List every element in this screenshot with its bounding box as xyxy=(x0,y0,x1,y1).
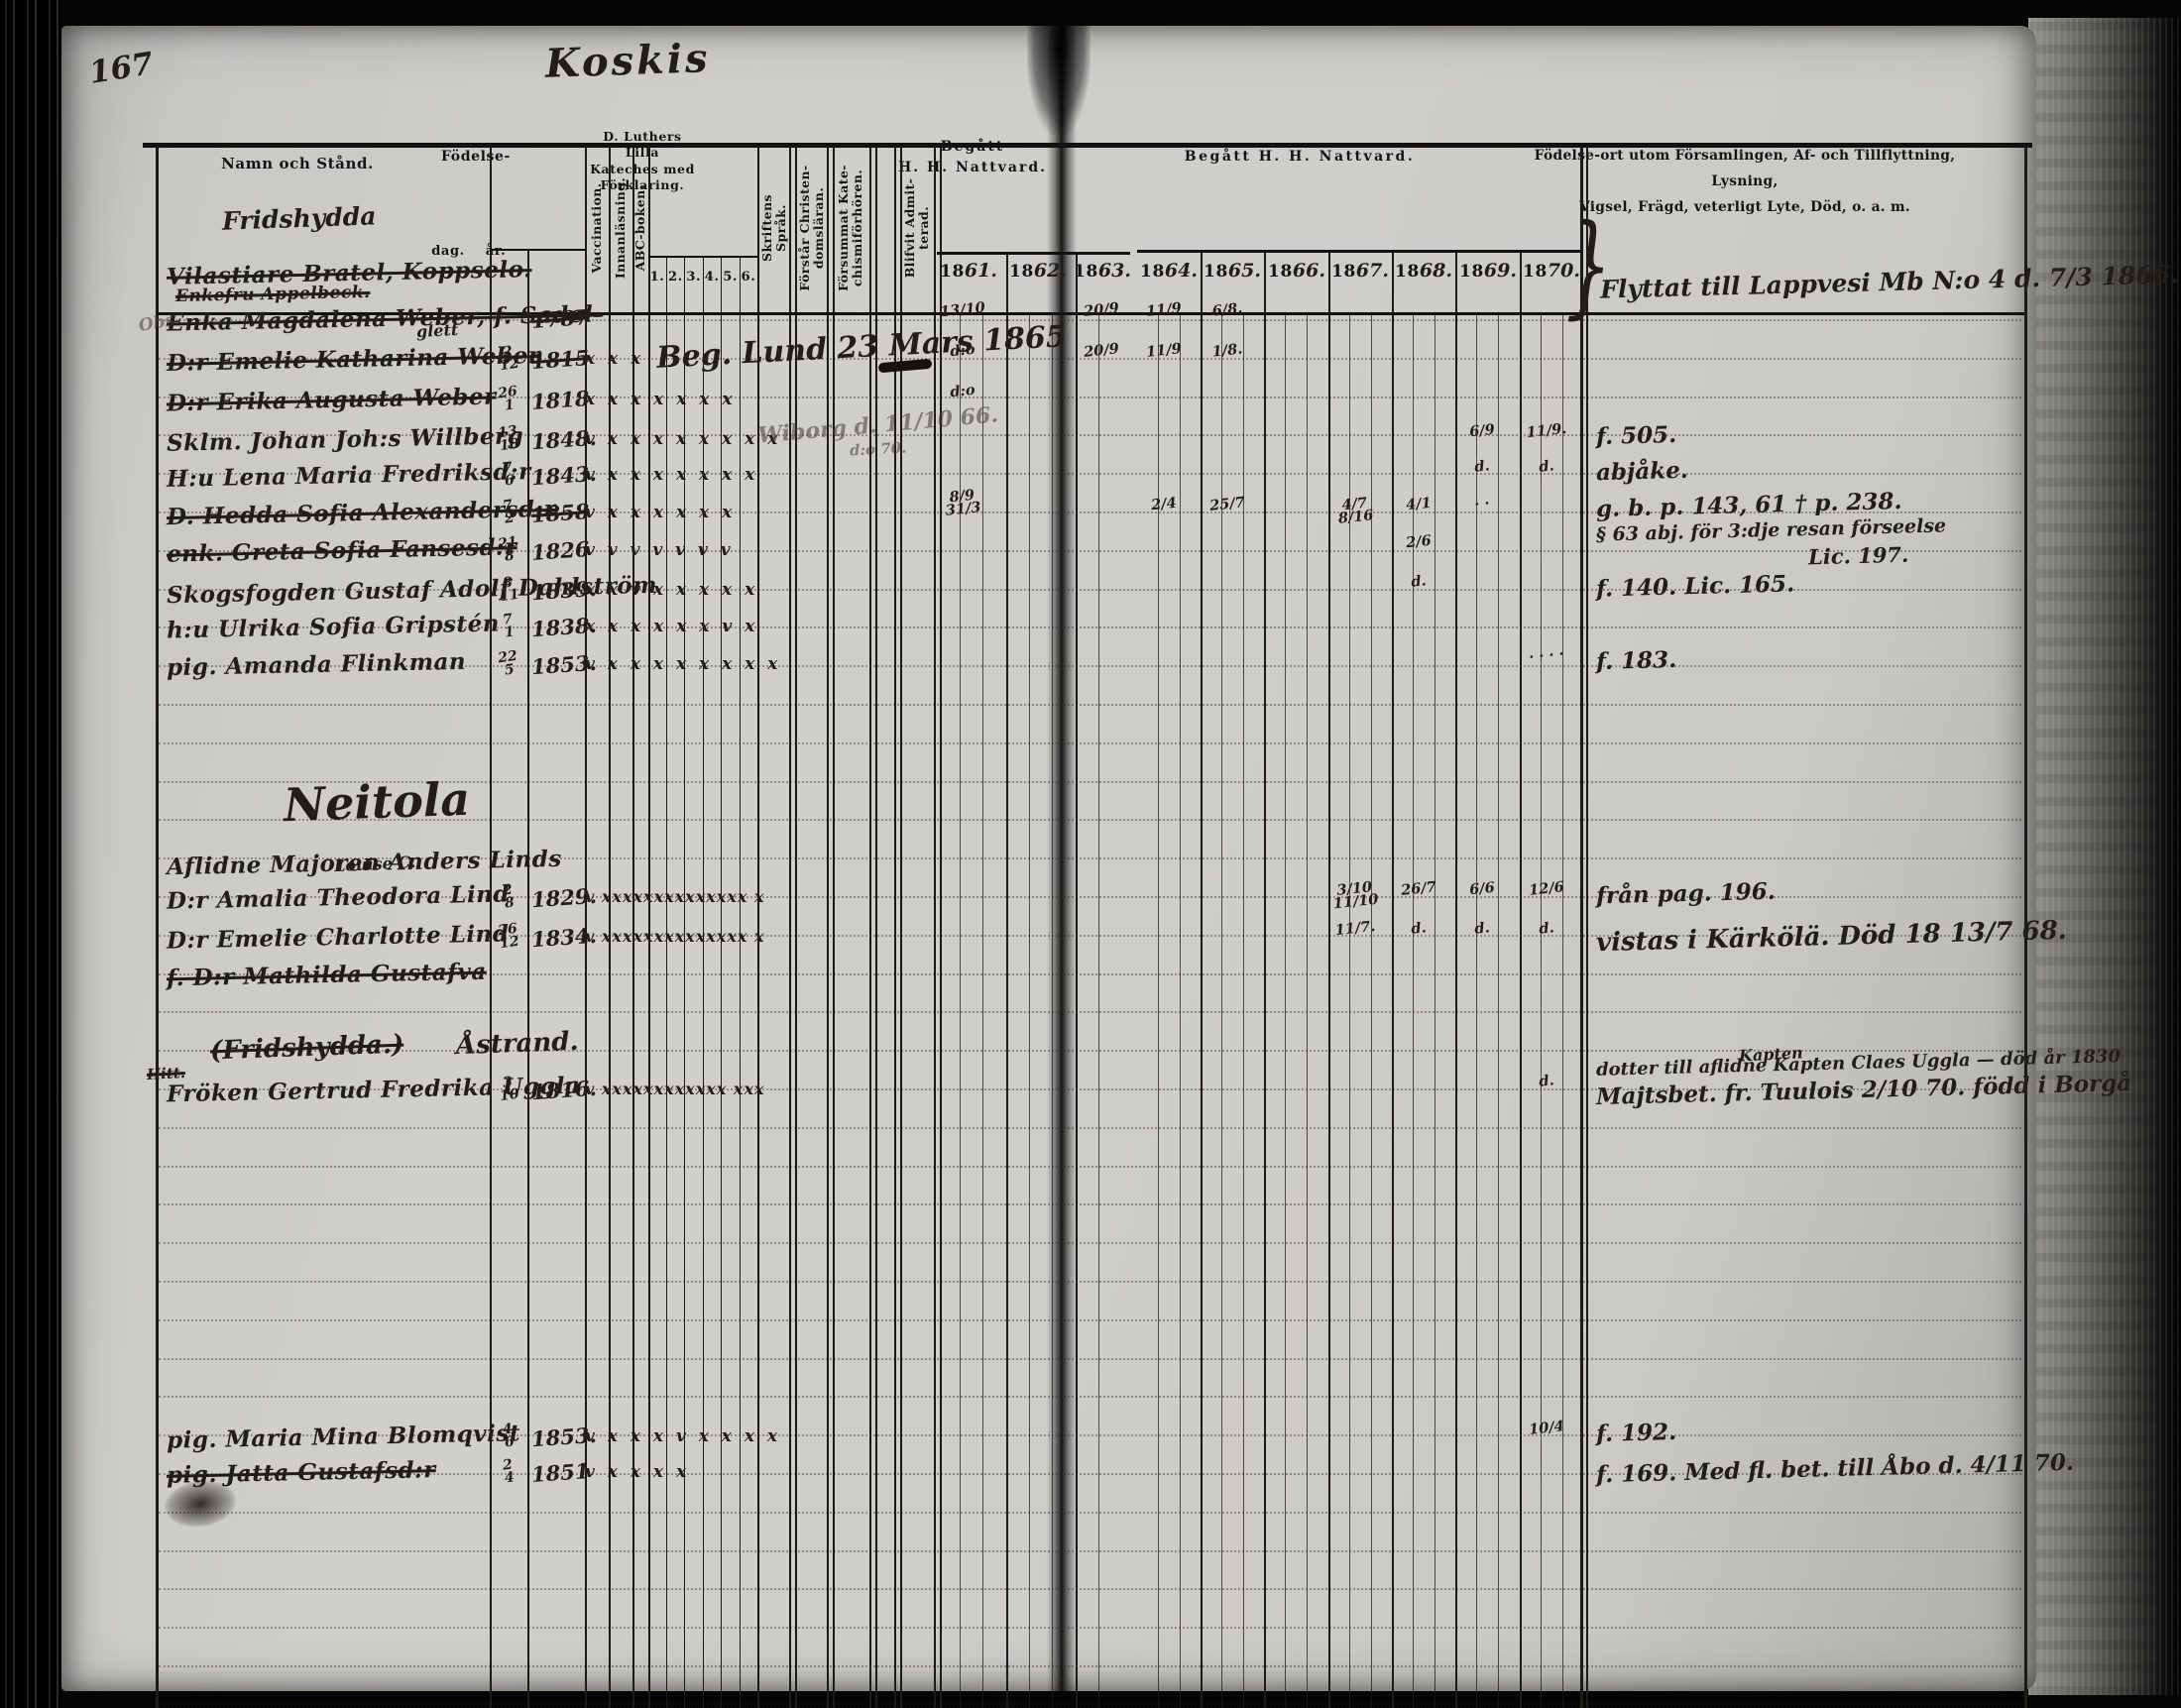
communion-subcolumn-rule xyxy=(1476,312,1477,1708)
entry-birth-day: 13 10 xyxy=(490,424,526,454)
margin-annotation: f. 505. xyxy=(1596,423,1677,448)
entry-birth-day: 21 8 xyxy=(490,535,526,565)
handwritten-note: glett xyxy=(416,322,459,340)
entry-birth-year: 1787 xyxy=(530,306,590,331)
entry-birth-year: 1815 xyxy=(530,347,590,372)
catechism-subcolumn-number: 3. xyxy=(685,270,703,285)
entry-exam-marks: x x v x x x x x xyxy=(585,582,758,599)
entry-birth-day: 22 5 xyxy=(490,649,526,679)
handwritten-note: Hitt. xyxy=(147,1066,186,1082)
row-guideline xyxy=(159,1358,2021,1360)
left-page-stack-edge xyxy=(0,0,61,1708)
communion-year-label: 1861. xyxy=(939,262,998,282)
entry-birth-day: 26 12 xyxy=(490,922,526,952)
table-vertical-rule xyxy=(1201,252,1203,1708)
catechism-subcolumn-number: 1. xyxy=(648,270,666,285)
communion-subcolumn-rule xyxy=(1307,312,1308,1708)
table-vertical-rule xyxy=(1264,252,1266,1708)
entry-name: Enkefru Appelbeck. xyxy=(175,285,371,305)
row-guideline xyxy=(159,1627,2021,1629)
row-guideline xyxy=(159,1242,2021,1244)
catechism-subcolumn-number: 6. xyxy=(740,270,757,285)
entry-exam-marks: v x x x x x x x xyxy=(585,467,758,484)
entry-birth-day: 2 4 xyxy=(490,1457,526,1487)
entry-birth-year: 1851 xyxy=(530,1460,590,1485)
entry-exam-marks: v xxxxxxxxxxxx xxx xyxy=(585,1082,765,1097)
entry-exam-marks: x x x x x x v x xyxy=(585,619,758,635)
entry-name: f. D:r Mathilda Gustafva xyxy=(167,961,487,990)
parish-title: Koskis xyxy=(544,39,711,84)
table-vertical-rule xyxy=(1006,252,1008,1708)
column-header-name: Namn och Stånd. xyxy=(169,155,426,172)
communion-year-label: 1862. xyxy=(1008,262,1068,282)
communion-subcolumn-rule xyxy=(1541,312,1542,1708)
table-top-rule xyxy=(143,143,2032,148)
column-header-understands: Förstår Christen- domsläran. xyxy=(798,144,826,312)
communion-subcolumn-rule xyxy=(1285,312,1286,1708)
column-header-birth: Födelse- xyxy=(428,149,523,165)
handwritten-note: Louise C. xyxy=(334,854,416,874)
column-header-vaccination: Vaccination. xyxy=(590,144,604,312)
communion-subcolumn-rule xyxy=(1029,312,1030,1708)
entry-name: pig. Amanda Flinkman xyxy=(167,650,467,679)
row-guideline xyxy=(159,1512,2021,1514)
communion-year-label: 1864. xyxy=(1139,262,1199,282)
page-number: 167 xyxy=(87,49,156,89)
communion-subcolumn-rule xyxy=(982,312,983,1708)
communion-subcolumn-rule xyxy=(1413,312,1414,1708)
entry-birth-day: 8 11 xyxy=(490,575,526,605)
margin-annotation: från pag. 196. xyxy=(1596,880,1776,908)
entry-name: h:u Ulrika Sofia Gripstén xyxy=(167,612,500,641)
row-guideline xyxy=(159,1011,2021,1013)
communion-subcolumn-rule xyxy=(1243,312,1244,1708)
entry-exam-marks: v x x x x xyxy=(585,1464,690,1481)
row-guideline xyxy=(159,1396,2021,1398)
handwritten-note: Kapten xyxy=(1739,1045,1803,1064)
entry-birth-day: 2 8 xyxy=(490,882,526,912)
catechism-header-rule xyxy=(648,256,757,258)
communion-subcolumn-rule xyxy=(1052,312,1053,1708)
entry-name: enk. Greta Sofia Fansesd:r xyxy=(167,535,517,565)
entry-exam-marks: v x x x x x x xyxy=(585,505,736,521)
communion-subcolumn-rule xyxy=(1180,312,1181,1708)
page-fold-crease-shadow xyxy=(1027,26,1090,135)
handwritten-note: d:o 70. xyxy=(850,441,907,459)
book-scan-photo: 167 Koskis Namn och Stånd. Födelse- dag.… xyxy=(0,0,2181,1708)
entry-birth-day: 4 6 xyxy=(490,1422,526,1451)
entry-exam-marks: v x x x x x x x x xyxy=(585,431,781,448)
entry-birth-year: 1858 xyxy=(530,501,590,525)
annotation-brace: } xyxy=(1565,210,1611,321)
entry-birth-day: 7 6 xyxy=(490,460,526,490)
entry-birth-day: 26 1 xyxy=(490,385,526,414)
row-guideline xyxy=(159,1588,2021,1590)
communion-year-label: 1868. xyxy=(1394,262,1453,282)
birth-header-rule xyxy=(490,249,585,251)
entry-birth-year: 1826 xyxy=(530,538,590,563)
entry-name: D:r Emelie Charlotte Lind xyxy=(167,922,510,952)
margin-annotation: f. 183. xyxy=(1596,648,1677,673)
entry-exam-marks: v xxxxxxxxxxxxxx x xyxy=(585,929,765,945)
margin-annotation: abjåke. xyxy=(1596,459,1688,484)
entry-exam-marks: x x x xyxy=(585,351,644,368)
communion-year-label: 1869. xyxy=(1458,262,1518,282)
column-header-abc-book: ABC-boken. xyxy=(633,144,647,312)
column-header-script-language: Skriftens Språk. xyxy=(760,144,788,312)
row-guideline xyxy=(159,1166,2021,1168)
entry-exam-marks: v xxxxxxxxxxxxxx x xyxy=(585,889,765,905)
entry-name: D:r Amalia Theodora Lind xyxy=(167,882,510,912)
row-guideline xyxy=(159,1127,2021,1129)
entry-name: H:u Lena Maria Fredriksd:r xyxy=(167,460,531,491)
communion-left-header-rule xyxy=(937,252,1130,255)
margin-annotation: f. 140. Lic. 165. xyxy=(1596,572,1795,600)
communion-subcolumn-rule xyxy=(1221,312,1222,1708)
section-heading: (Fridshydda.) xyxy=(210,1032,404,1065)
row-guideline xyxy=(159,1704,2021,1706)
entry-exam-marks: v v v v v v v xyxy=(585,542,734,559)
margin-annotation: f. 192. xyxy=(1596,1421,1677,1445)
entry-birth-day: 7 2 xyxy=(490,498,526,527)
entry-exam-marks: x x x x x x x xyxy=(585,392,736,408)
row-guideline xyxy=(159,1319,2021,1321)
row-guideline xyxy=(159,704,2021,706)
row-guideline xyxy=(159,1203,2021,1205)
catechism-subcolumn-number: 5. xyxy=(722,270,740,285)
communion-subcolumn-rule xyxy=(1158,312,1159,1708)
table-vertical-rule xyxy=(1076,252,1078,1708)
catechism-subcolumn-number: 2. xyxy=(666,270,684,285)
communion-subcolumn-rule xyxy=(1435,312,1435,1708)
row-guideline xyxy=(159,1550,2021,1552)
entry-birth-day: 7 1 xyxy=(490,612,526,641)
communion-subcolumn-rule xyxy=(1098,312,1099,1708)
communion-year-label: 1863. xyxy=(1073,262,1132,282)
margin-annotation: Lic. 197. xyxy=(1808,544,1909,568)
catechism-subcolumn-number: 4. xyxy=(703,270,721,285)
row-guideline xyxy=(159,1281,2021,1283)
row-guideline xyxy=(159,742,2021,744)
communion-date-mark: 3/10 11/10 xyxy=(1324,879,1386,912)
entry-exam-marks: v x x x x x x x x xyxy=(585,656,781,673)
communion-subcolumn-rule xyxy=(960,312,961,1708)
communion-subcolumn-rule xyxy=(1498,312,1499,1708)
section-heading: Fridshydda xyxy=(222,203,377,233)
entry-birth-day: 3 10 xyxy=(490,1075,526,1104)
column-header-missed: Försummat Kate- chismiförhören. xyxy=(837,144,864,312)
communion-right-header-rule xyxy=(1137,250,1583,253)
communion-year-label: 1866. xyxy=(1267,262,1326,282)
communion-year-label: 1865. xyxy=(1203,262,1262,282)
entry-birth-day: 2 12 xyxy=(490,344,526,374)
table-vertical-rule xyxy=(1328,252,1330,1708)
section-heading: Åstrand. xyxy=(456,1029,579,1059)
column-header-communion-right: Begått H. H. Nattvard. xyxy=(1078,149,1522,165)
entry-exam-marks: v x x x v x x x x xyxy=(585,1428,781,1445)
column-header-reading: Innanläsning. xyxy=(614,144,628,312)
entry-name: pig. Maria Mina Blomqvist xyxy=(167,1422,520,1451)
column-header-admitted: Blifvit Admit- terad. xyxy=(903,144,931,312)
section-heading: Neitola xyxy=(283,776,470,829)
entry-birth-year: 1818 xyxy=(530,388,590,412)
entry-name: Sklm. Johan Joh:s Willberg xyxy=(167,424,524,455)
row-guideline xyxy=(159,1665,2021,1667)
table-vertical-rule xyxy=(1392,252,1394,1708)
entry-name: D:r Erika Augusta Weber xyxy=(167,386,497,415)
communion-year-label: 1867. xyxy=(1330,262,1390,282)
communion-subcolumn-rule xyxy=(1562,312,1563,1708)
